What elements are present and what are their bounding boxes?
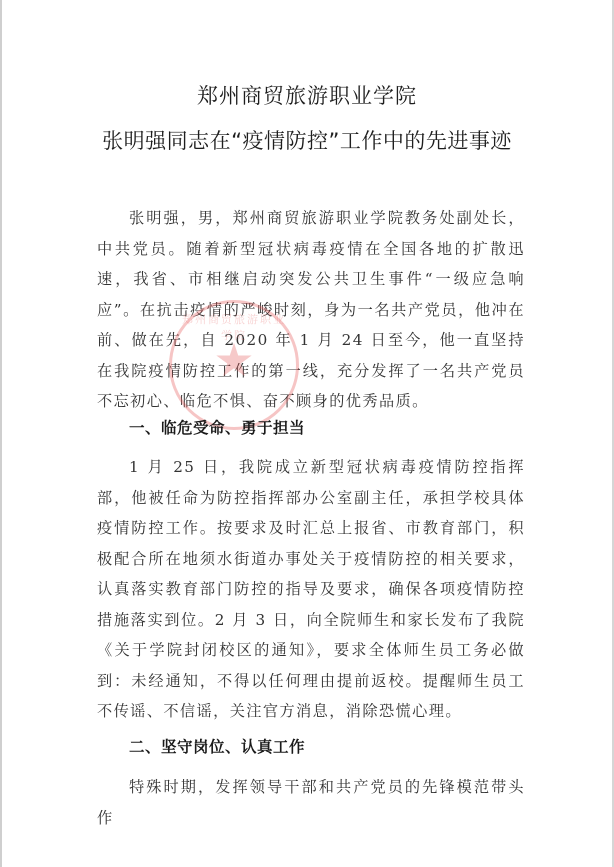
- section1-paragraph: 1 月 25 日，我院成立新型冠状病毒疫情防控指挥部，他被任命为防控指挥部办公室…: [97, 452, 525, 727]
- section-heading-1: 一、临危受命、勇于担当: [129, 416, 305, 438]
- section-heading-2: 二、坚守岗位、认真工作: [129, 735, 305, 757]
- section2-paragraph: 特殊时期，发挥领导干部和共产党员的先锋模范带头作: [97, 772, 525, 833]
- institution-title: 郑州商贸旅游职业学院: [0, 80, 614, 110]
- intro-paragraph: 张明强，男，郑州商贸旅游职业学院教务处副处长，中共党员。随着新型冠状病毒疫情在全…: [97, 203, 525, 417]
- document-subtitle: 张明强同志在“疫情防控”工作中的先进事迹: [0, 125, 614, 155]
